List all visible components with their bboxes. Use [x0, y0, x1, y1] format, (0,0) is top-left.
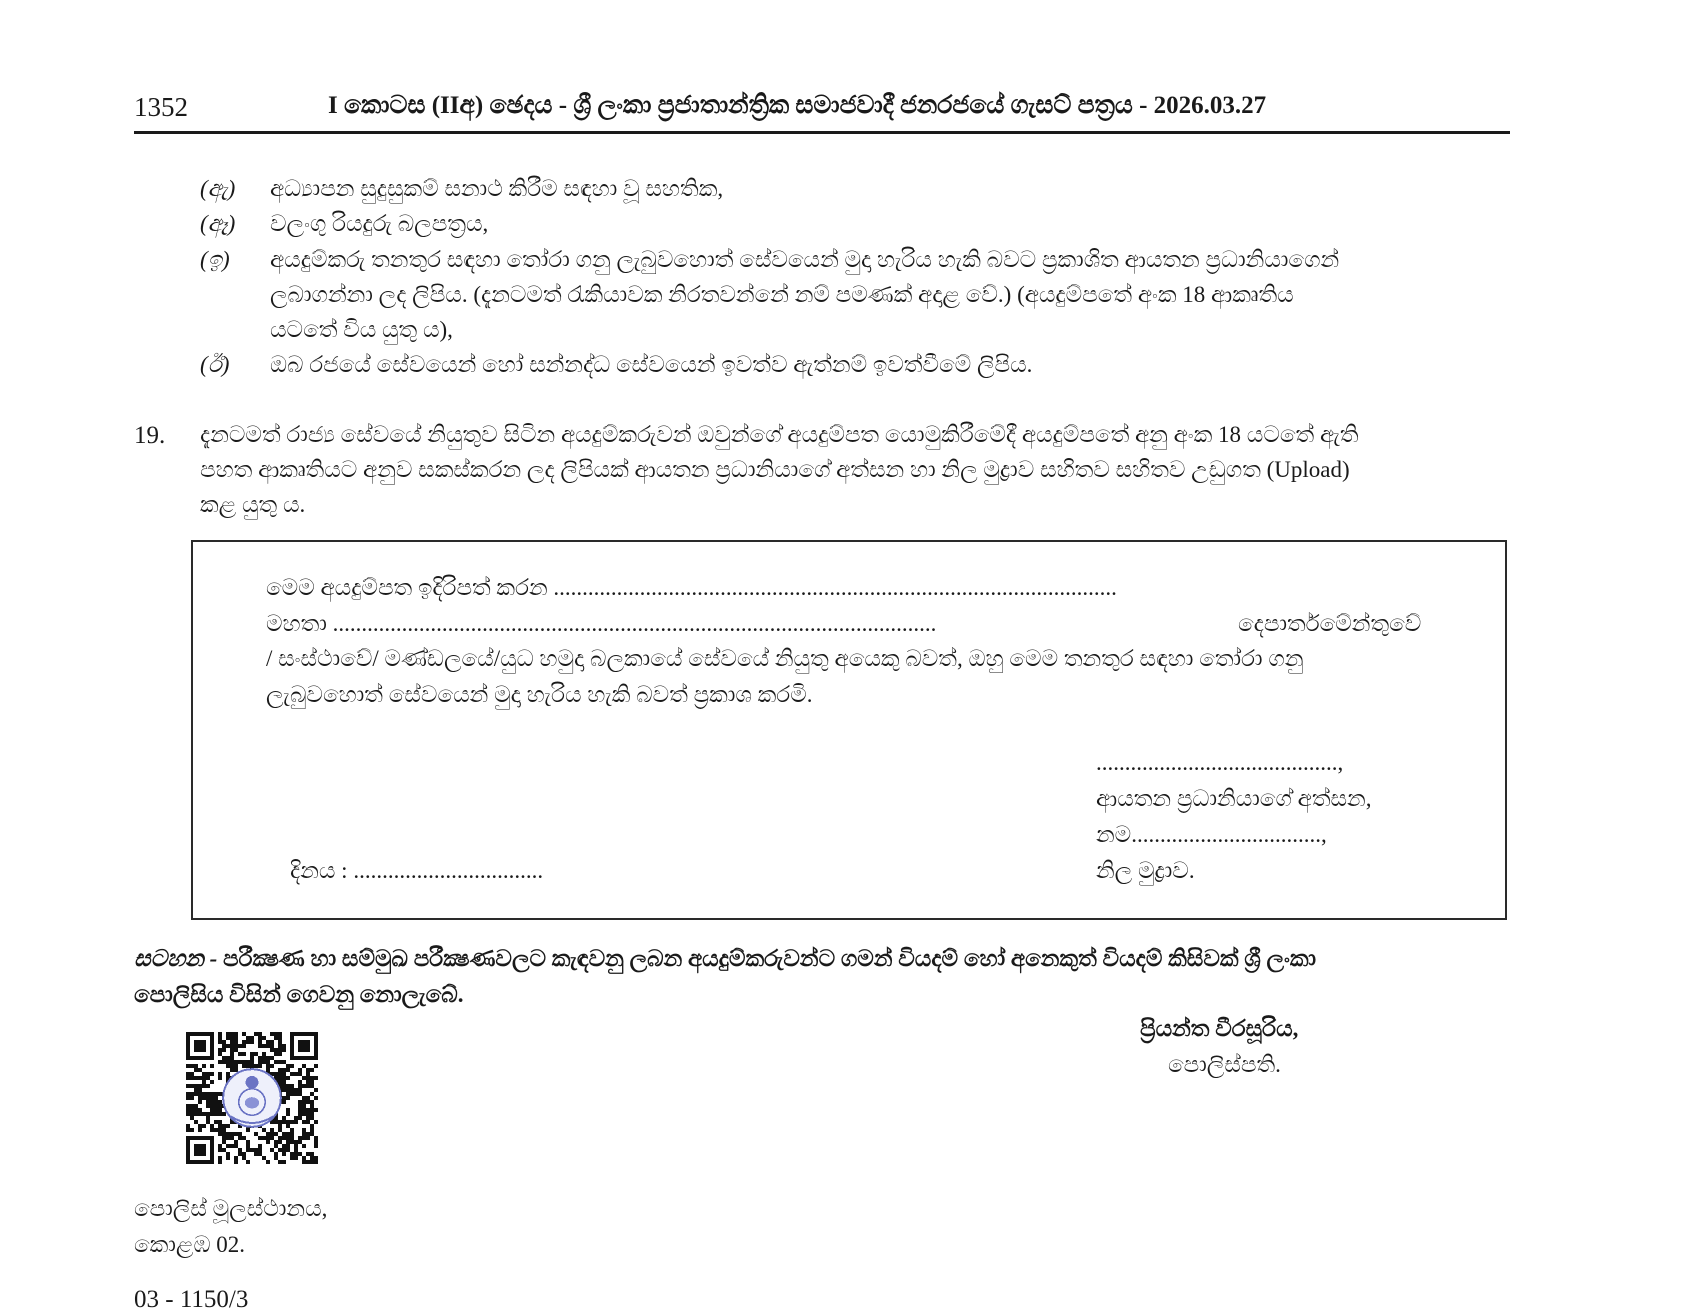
- list-item-text: අධ්‍යාපන සුදුසුකම් සනාථ කිරීම සඳහා වූ සහ…: [270, 176, 723, 202]
- list-item-text: ඔබ රජයේ සේවයෙන් හෝ සන්නද්ධ සේවයෙන් ඉවත්ව…: [270, 352, 1032, 378]
- seal-label: නිල මුද්‍රාව.: [1096, 858, 1195, 884]
- list-item-text: අයදුම්කරු තනතුර සඳහා තෝරා ගනු ලැබුවහොත් …: [270, 247, 1339, 273]
- section-19-line: කළ යුතු ය.: [200, 492, 305, 518]
- form-line-declaration: ලැබුවහොත් සේවයෙන් මුදා හැරිය හැකි බවත් ප…: [266, 682, 812, 708]
- note-label: සටහන -: [134, 946, 217, 971]
- note-line: සටහන - පරීක්‍ෂණ හා සම්මුඛ පරීක්‍ෂණවලට කැ…: [134, 946, 1316, 972]
- address-line: පොලිස් මූලස්ථානය,: [134, 1196, 327, 1222]
- header-divider: [134, 131, 1510, 134]
- form-line-name: මහතා ...................................…: [266, 611, 936, 637]
- note-line: පොලිසිය විසින් ගෙවනු නොලැබේ.: [134, 982, 463, 1008]
- section-number: 19.: [134, 422, 165, 450]
- list-item-label: (ඉ): [200, 247, 230, 273]
- page-number: 1352: [134, 92, 188, 123]
- address-line: කොළඹ 02.: [134, 1232, 245, 1258]
- section-19-line: පහත ආකෘතියට අනුව සකස්කරන ලද ලිපියක් ආයතන…: [200, 457, 1350, 483]
- list-item-label: (ඊ): [200, 352, 229, 378]
- signature-line: ........................................…: [1096, 750, 1343, 776]
- qr-code-icon[interactable]: [186, 1032, 318, 1164]
- signature-label: ආයතන ප්‍රධානියාගේ අත්සන,: [1096, 786, 1371, 812]
- note-text: පරීක්‍ෂණ හා සම්මුඛ පරීක්‍ෂණවලට කැඳවනු ලබ…: [217, 946, 1316, 971]
- signatory-name: ප්‍රියන්ත වීරසූරිය,: [1140, 1016, 1298, 1042]
- form-line-applicant: මෙම අයදුම්පත ඉදිරිපත් කරන ..............…: [266, 575, 1117, 601]
- name-field: නම.................................,: [1096, 822, 1327, 848]
- list-item-text: යටතේ විය යුතු ය),: [270, 317, 453, 343]
- list-item-label: (ඇ): [200, 176, 235, 202]
- form-line-department: දෙපාර්තමේන්තුවේ: [1238, 611, 1421, 637]
- list-item-text: ලබාගන්නා ලද ලිපිය. (දැනටමත් රැකියාවක නිර…: [270, 282, 1294, 308]
- date-field: දිනය : .................................: [290, 858, 543, 884]
- gazette-header-title: I කොටස (IIඅ) ඡෙදය - ශ්‍රී ලංකා ප්‍රජාතාන…: [328, 92, 1266, 120]
- list-item-text: වලංගු රියදුරු බලපත්‍රය,: [270, 211, 488, 237]
- signatory-title: පොලිස්පති.: [1168, 1052, 1281, 1078]
- footer-code: 03 - 1150/3: [134, 1286, 248, 1310]
- list-item-label: (ඈ): [200, 211, 235, 237]
- form-line-institution: / සංස්ථාවේ/ මණ්ඩලයේ/යුධ හමුදා බලකායේ සේව…: [266, 646, 1303, 672]
- section-19-line: දැනටමත් රාජ්‍ය සේවයේ නියුතුව සිටින අයදුම…: [200, 422, 1359, 448]
